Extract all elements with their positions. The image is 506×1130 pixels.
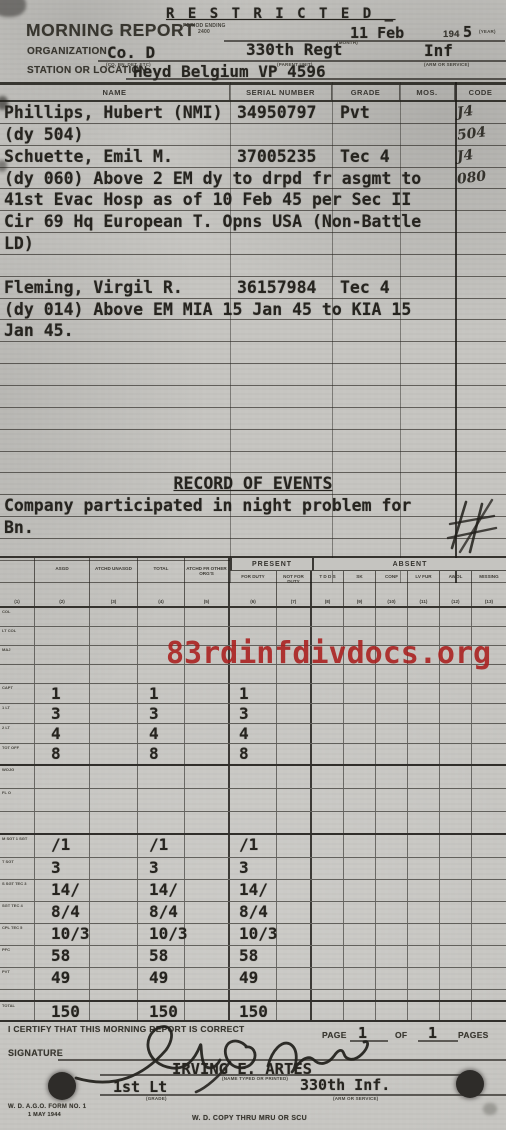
absent-lvfur-cell bbox=[408, 946, 440, 967]
serial-cell: 34950797 bbox=[237, 105, 316, 122]
absent-awol-cell bbox=[440, 766, 472, 788]
absent-sk-cell bbox=[344, 880, 376, 901]
period-time-text: 2400 bbox=[183, 29, 225, 35]
stats-column-number: (4) bbox=[138, 599, 184, 604]
asgd-cell: 14/ bbox=[35, 880, 90, 901]
atchd-unasgd-cell bbox=[90, 665, 138, 683]
total-cell bbox=[138, 990, 185, 1000]
stats-column-number: (3) bbox=[90, 599, 137, 604]
absent-lvfur-cell bbox=[408, 724, 440, 743]
absent-missing-cell bbox=[472, 902, 506, 923]
absent-lvfur-cell bbox=[408, 835, 440, 857]
present-for-duty-cell: 8/4 bbox=[230, 902, 277, 923]
present-not-for-duty-cell bbox=[277, 724, 312, 743]
absent-sk-cell bbox=[344, 902, 376, 923]
absent-missing-cell bbox=[472, 704, 506, 723]
table-row: 41st Evac Hosp as of 10 Feb 45 per Sec I… bbox=[0, 189, 506, 211]
atchd-unasgd-cell bbox=[90, 684, 138, 703]
table-row: RECORD OF EVENTS bbox=[0, 473, 506, 495]
stats-column-number: (1) bbox=[0, 599, 34, 604]
table-row: Phillips, Hubert (NMI) 34950797 Pvt J4 bbox=[0, 102, 506, 124]
present-for-duty-cell bbox=[230, 990, 277, 1000]
atchd-other-cell bbox=[185, 968, 230, 989]
pages-label: PAGES bbox=[458, 1030, 489, 1040]
stats-column-label: MISSING bbox=[472, 574, 506, 579]
absent-sk-cell bbox=[344, 946, 376, 967]
stats-column-header: ASGD (2) bbox=[35, 558, 90, 606]
stats-column-header: (1) bbox=[0, 558, 35, 606]
absent-missing-cell bbox=[472, 1002, 506, 1020]
absent-sk-cell bbox=[344, 990, 376, 1000]
punch-hole-right bbox=[456, 1070, 484, 1098]
atchd-unasgd-cell bbox=[90, 724, 138, 743]
name-table-body: Phillips, Hubert (NMI) 34950797 Pvt J4 (… bbox=[0, 102, 506, 583]
total-cell: 3 bbox=[138, 704, 185, 723]
name-cell: Cir 69 Hq European T. Opns USA (Non-Batt… bbox=[4, 214, 421, 231]
absent-missing-cell bbox=[472, 924, 506, 945]
form-number: W. D. A.G.O. FORM NO. 1 bbox=[8, 1104, 86, 1110]
atchd-other-cell bbox=[185, 608, 230, 626]
name-cell: Fleming, Virgil R. bbox=[4, 280, 183, 297]
table-row: Bn. bbox=[0, 517, 506, 539]
absent-lvfur-cell bbox=[408, 990, 440, 1000]
punch-hole-left bbox=[48, 1072, 76, 1100]
asgd-cell bbox=[35, 766, 90, 788]
atchd-other-cell bbox=[185, 902, 230, 923]
scan-smudge bbox=[483, 1103, 497, 1115]
column-header-code: CODE bbox=[455, 85, 506, 100]
atchd-unasgd-cell bbox=[90, 812, 138, 833]
absent-tdds-cell bbox=[312, 990, 344, 1000]
absent-sk-cell bbox=[344, 684, 376, 703]
asgd-cell bbox=[35, 646, 90, 664]
absent-awol-cell bbox=[440, 724, 472, 743]
table-row: (dy 504) 504 bbox=[0, 124, 506, 146]
handwritten-tally-mark bbox=[446, 496, 502, 554]
stats-column-number: (6) bbox=[230, 599, 276, 604]
table-row: (dy 014) Above EM MIA 15 Jan 45 to KIA 1… bbox=[0, 299, 506, 321]
grade-stub-label: TOTAL bbox=[0, 1002, 35, 1020]
absent-missing-cell bbox=[472, 968, 506, 989]
absent-awol-cell bbox=[440, 924, 472, 945]
present-not-for-duty-cell bbox=[277, 880, 312, 901]
absent-awol-cell bbox=[440, 608, 472, 626]
grade-stub-label: PVT bbox=[0, 968, 35, 989]
absent-sk-cell bbox=[344, 724, 376, 743]
asgd-cell bbox=[35, 627, 90, 645]
stats-row: CPL TEC 5 10/3 10/3 10/3 bbox=[0, 924, 506, 946]
stats-row: FL O bbox=[0, 789, 506, 812]
absent-conf-cell bbox=[376, 789, 408, 811]
total-cell: 4 bbox=[138, 724, 185, 743]
grade-stub-label: MAJ bbox=[0, 646, 35, 664]
atchd-unasgd-cell bbox=[90, 835, 138, 857]
absent-awol-cell bbox=[440, 880, 472, 901]
absent-tdds-cell bbox=[312, 789, 344, 811]
grade-stub-label: M SGT 1 SGT bbox=[0, 835, 35, 857]
absent-lvfur-cell bbox=[408, 789, 440, 811]
absent-missing-cell bbox=[472, 880, 506, 901]
form-title: MORNING REPORT bbox=[26, 20, 195, 41]
stats-row: 1 LT 3 3 3 bbox=[0, 704, 506, 724]
absent-sk-cell bbox=[344, 924, 376, 945]
absent-missing-cell bbox=[472, 990, 506, 1000]
name-cell: RECORD OF EVENTS bbox=[0, 476, 506, 493]
asgd-cell: 10/3 bbox=[35, 924, 90, 945]
present-not-for-duty-cell bbox=[277, 968, 312, 989]
absent-awol-cell bbox=[440, 990, 472, 1000]
stats-column-label: T D D S bbox=[312, 574, 343, 579]
grade-stub-label bbox=[0, 812, 35, 833]
atchd-unasgd-cell bbox=[90, 627, 138, 645]
absent-awol-cell bbox=[440, 684, 472, 703]
stats-column-number: (13) bbox=[472, 599, 506, 604]
name-cell: Company participated in night problem fo… bbox=[4, 498, 411, 515]
total-cell: /1 bbox=[138, 835, 185, 857]
total-cell: 8/4 bbox=[138, 902, 185, 923]
present-for-duty-cell bbox=[230, 812, 277, 833]
absent-lvfur-cell bbox=[408, 684, 440, 703]
total-cell: 3 bbox=[138, 858, 185, 879]
atchd-other-cell bbox=[185, 766, 230, 788]
serial-cell: 36157984 bbox=[237, 280, 316, 297]
stats-column-label: ASGD bbox=[35, 566, 89, 571]
grade-stub-label: CAPT bbox=[0, 684, 35, 703]
atchd-unasgd-cell bbox=[90, 608, 138, 626]
table-row bbox=[0, 452, 506, 474]
asgd-cell: 8/4 bbox=[35, 902, 90, 923]
stats-column-header: TOTAL (4) bbox=[138, 558, 185, 606]
absent-tdds-cell bbox=[312, 946, 344, 967]
grade-stub-label: PFC bbox=[0, 946, 35, 967]
absent-missing-cell bbox=[472, 608, 506, 626]
present-for-duty-cell bbox=[230, 608, 277, 626]
table-row: Jan 45. bbox=[0, 320, 506, 342]
stats-row: T SGT 3 3 3 bbox=[0, 858, 506, 880]
strength-stats-table: (1) ASGD (2) ATCHD UNASGD (3) TOTAL (4) … bbox=[0, 556, 506, 1022]
organization-label: ORGANIZATION bbox=[27, 46, 107, 57]
grade-stub-label: WOJG bbox=[0, 766, 35, 788]
stats-row: WOJG bbox=[0, 766, 506, 789]
scan-smudge bbox=[0, 0, 26, 17]
present-not-for-duty-cell bbox=[277, 946, 312, 967]
absent-lvfur-cell bbox=[408, 968, 440, 989]
present-for-duty-cell: 4 bbox=[230, 724, 277, 743]
grade-cell: Pvt bbox=[340, 105, 370, 122]
archive-watermark: 83rdinfdivdocs.org bbox=[166, 636, 491, 671]
total-cell bbox=[138, 608, 185, 626]
absent-group-header: ABSENT bbox=[312, 558, 506, 571]
absent-awol-cell bbox=[440, 744, 472, 764]
column-divider bbox=[332, 82, 333, 583]
absent-lvfur-cell bbox=[408, 924, 440, 945]
present-group-header: PRESENT bbox=[230, 558, 312, 571]
form-date: 1 MAY 1944 bbox=[28, 1112, 61, 1118]
absent-conf-cell bbox=[376, 724, 408, 743]
atchd-other-cell bbox=[185, 990, 230, 1000]
absent-tdds-cell bbox=[312, 968, 344, 989]
atchd-other-cell bbox=[185, 744, 230, 764]
present-for-duty-cell: /1 bbox=[230, 835, 277, 857]
absent-awol-cell bbox=[440, 812, 472, 833]
stats-column-label: TOTAL bbox=[138, 566, 184, 571]
present-not-for-duty-cell bbox=[277, 812, 312, 833]
stats-row: COL bbox=[0, 608, 506, 627]
present-for-duty-cell: 10/3 bbox=[230, 924, 277, 945]
atchd-unasgd-cell bbox=[90, 946, 138, 967]
atchd-unasgd-cell bbox=[90, 704, 138, 723]
grade-stub-label: FL O bbox=[0, 789, 35, 811]
absent-missing-cell bbox=[472, 744, 506, 764]
absent-missing-cell bbox=[472, 789, 506, 811]
total-cell bbox=[138, 766, 185, 788]
absent-conf-cell bbox=[376, 608, 408, 626]
absent-awol-cell bbox=[440, 858, 472, 879]
absent-conf-cell bbox=[376, 968, 408, 989]
atchd-unasgd-cell bbox=[90, 789, 138, 811]
table-row bbox=[0, 342, 506, 364]
absent-lvfur-cell bbox=[408, 858, 440, 879]
table-row: (dy 060) Above 2 EM dy to drpd fr asgmt … bbox=[0, 168, 506, 190]
absent-sk-cell bbox=[344, 704, 376, 723]
present-not-for-duty-cell bbox=[277, 704, 312, 723]
absent-conf-cell bbox=[376, 835, 408, 857]
stats-row: PVT 49 49 49 bbox=[0, 968, 506, 990]
absent-tdds-cell bbox=[312, 766, 344, 788]
absent-lvfur-cell bbox=[408, 766, 440, 788]
asgd-cell: /1 bbox=[35, 835, 90, 857]
atchd-other-cell bbox=[185, 924, 230, 945]
atchd-unasgd-cell bbox=[90, 880, 138, 901]
stats-column-label: ATCHD UNASGD bbox=[90, 566, 137, 571]
report-date: 11 Feb bbox=[350, 24, 404, 42]
absent-missing-cell bbox=[472, 858, 506, 879]
present-not-for-duty-cell bbox=[277, 608, 312, 626]
code-cell: J4 bbox=[456, 148, 474, 164]
atchd-unasgd-cell bbox=[90, 924, 138, 945]
present-for-duty-cell: 3 bbox=[230, 858, 277, 879]
present-for-duty-cell: 58 bbox=[230, 946, 277, 967]
present-not-for-duty-cell bbox=[277, 990, 312, 1000]
name-typed-label: (NAME TYPED OR PRINTED) bbox=[222, 1076, 288, 1081]
stats-column-label: FOR DUTY bbox=[230, 574, 276, 579]
stats-column-label: LV FUR bbox=[408, 574, 439, 579]
absent-sk-cell bbox=[344, 835, 376, 857]
stats-column-label: CONF bbox=[376, 574, 407, 579]
atchd-other-cell bbox=[185, 880, 230, 901]
of-label: OF bbox=[395, 1030, 407, 1040]
absent-sk-cell bbox=[344, 968, 376, 989]
asgd-cell: 49 bbox=[35, 968, 90, 989]
grade-stub-label: TOT OFF bbox=[0, 744, 35, 764]
present-not-for-duty-cell bbox=[277, 835, 312, 857]
period-ending-label: PERIOD ENDING 2400 bbox=[183, 23, 225, 35]
stats-column-number: (10) bbox=[376, 599, 407, 604]
absent-tdds-cell bbox=[312, 684, 344, 703]
absent-conf-cell bbox=[376, 990, 408, 1000]
signer-unit: 330th Inf. bbox=[300, 1076, 390, 1094]
stats-row: PFC 58 58 58 bbox=[0, 946, 506, 968]
atchd-other-cell bbox=[185, 704, 230, 723]
absent-conf-cell bbox=[376, 812, 408, 833]
stats-column-number: (11) bbox=[408, 599, 439, 604]
grade-stub-label bbox=[0, 665, 35, 683]
morning-report-scan: R E S T R I C T E D _ MORNING REPORT PER… bbox=[0, 0, 506, 1130]
atchd-unasgd-cell bbox=[90, 744, 138, 764]
atchd-other-cell bbox=[185, 812, 230, 833]
absent-tdds-cell bbox=[312, 902, 344, 923]
absent-tdds-cell bbox=[312, 724, 344, 743]
absent-tdds-cell bbox=[312, 608, 344, 626]
stats-row: CAPT 1 1 1 bbox=[0, 684, 506, 704]
absent-missing-cell bbox=[472, 766, 506, 788]
stats-column-label: NOT FOR DUTY bbox=[277, 574, 310, 584]
atchd-other-cell bbox=[185, 835, 230, 857]
stats-column-number: (9) bbox=[344, 599, 375, 604]
absent-missing-cell bbox=[472, 812, 506, 833]
asgd-cell: 3 bbox=[35, 704, 90, 723]
absent-sk-cell bbox=[344, 744, 376, 764]
stats-row: M SGT 1 SGT /1 /1 /1 bbox=[0, 835, 506, 858]
table-row bbox=[0, 408, 506, 430]
present-not-for-duty-cell bbox=[277, 902, 312, 923]
atchd-other-cell bbox=[185, 946, 230, 967]
column-header-name: NAME bbox=[0, 85, 230, 100]
absent-conf-cell bbox=[376, 880, 408, 901]
total-cell bbox=[138, 812, 185, 833]
stats-column-header: ATCHD FR OTHER ORG'S (5) bbox=[185, 558, 230, 606]
absent-sk-cell bbox=[344, 789, 376, 811]
atchd-unasgd-cell bbox=[90, 858, 138, 879]
asgd-cell: 3 bbox=[35, 858, 90, 879]
absent-conf-cell bbox=[376, 744, 408, 764]
grade-stub-label: SGT TEC 4 bbox=[0, 902, 35, 923]
table-row bbox=[0, 386, 506, 408]
atchd-other-cell bbox=[185, 858, 230, 879]
atchd-other-cell bbox=[185, 684, 230, 703]
present-not-for-duty-cell bbox=[277, 744, 312, 764]
present-not-for-duty-cell bbox=[277, 789, 312, 811]
present-not-for-duty-cell bbox=[277, 766, 312, 788]
grade-cell: Tec 4 bbox=[340, 280, 390, 297]
year-digit: 5 bbox=[463, 23, 472, 41]
absent-awol-cell bbox=[440, 968, 472, 989]
absent-conf-cell bbox=[376, 902, 408, 923]
grade-stub-label: 2 LT bbox=[0, 724, 35, 743]
absent-lvfur-cell bbox=[408, 902, 440, 923]
total-cell: 49 bbox=[138, 968, 185, 989]
absent-sk-cell bbox=[344, 812, 376, 833]
absent-awol-cell bbox=[440, 704, 472, 723]
stats-row: S SGT TEC 3 14/ 14/ 14/ bbox=[0, 880, 506, 902]
table-row: Schuette, Emil M. 37005235 Tec 4 J4 bbox=[0, 146, 506, 168]
grade-label: (GRADE) bbox=[146, 1096, 167, 1101]
absent-missing-cell bbox=[472, 946, 506, 967]
absent-lvfur-cell bbox=[408, 1002, 440, 1020]
table-row: LD) bbox=[0, 233, 506, 255]
asgd-cell: 58 bbox=[35, 946, 90, 967]
table-row bbox=[0, 364, 506, 386]
grade-stub-label bbox=[0, 990, 35, 1000]
column-header-serial: SERIAL NUMBER bbox=[230, 85, 332, 100]
asgd-cell: 4 bbox=[35, 724, 90, 743]
absent-lvfur-cell bbox=[408, 704, 440, 723]
absent-missing-cell bbox=[472, 684, 506, 703]
total-cell: 1 bbox=[138, 684, 185, 703]
absent-conf-cell bbox=[376, 924, 408, 945]
stats-column-number: (12) bbox=[440, 599, 471, 604]
stats-column-number: (5) bbox=[185, 599, 228, 604]
grade-cell: Tec 4 bbox=[340, 149, 390, 166]
absent-lvfur-cell bbox=[408, 744, 440, 764]
signature-label: SIGNATURE bbox=[8, 1048, 63, 1058]
absent-tdds-cell bbox=[312, 880, 344, 901]
station-label: STATION OR LOCATION bbox=[27, 65, 147, 76]
arm-service-footer-label: (ARM OR SERVICE) bbox=[333, 1096, 378, 1101]
absent-conf-cell bbox=[376, 704, 408, 723]
arm-value: Inf bbox=[424, 41, 453, 60]
absent-conf-cell bbox=[376, 684, 408, 703]
column-header-grade: GRADE bbox=[332, 85, 400, 100]
serial-cell: 37005235 bbox=[237, 149, 316, 166]
present-for-duty-cell: 8 bbox=[230, 744, 277, 764]
name-cell: Schuette, Emil M. bbox=[4, 149, 173, 166]
name-cell: (dy 504) bbox=[4, 127, 83, 144]
absent-sk-cell bbox=[344, 608, 376, 626]
month-label: (MONTH) bbox=[337, 40, 358, 45]
asgd-cell: 1 bbox=[35, 684, 90, 703]
absent-lvfur-cell bbox=[408, 608, 440, 626]
absent-awol-cell bbox=[440, 902, 472, 923]
atchd-other-cell bbox=[185, 789, 230, 811]
arm-service-label: (ARM OR SERVICE) bbox=[424, 62, 469, 67]
table-row bbox=[0, 430, 506, 452]
asgd-cell bbox=[35, 665, 90, 683]
asgd-cell bbox=[35, 990, 90, 1000]
atchd-unasgd-cell bbox=[90, 902, 138, 923]
absent-tdds-cell bbox=[312, 744, 344, 764]
absent-tdds-cell bbox=[312, 858, 344, 879]
grade-stub-label: S SGT TEC 3 bbox=[0, 880, 35, 901]
table-row bbox=[0, 255, 506, 277]
total-cell: 10/3 bbox=[138, 924, 185, 945]
parent-unit-value: 330th Regt bbox=[246, 40, 342, 59]
absent-conf-cell bbox=[376, 858, 408, 879]
table-row: Company participated in night problem fo… bbox=[0, 495, 506, 517]
grade-stub-label: 1 LT bbox=[0, 704, 35, 723]
stats-row bbox=[0, 990, 506, 1002]
absent-tdds-cell bbox=[312, 835, 344, 857]
absent-missing-cell bbox=[472, 835, 506, 857]
name-cell: Phillips, Hubert (NMI) bbox=[4, 105, 223, 122]
atchd-unasgd-cell bbox=[90, 990, 138, 1000]
absent-awol-cell bbox=[440, 946, 472, 967]
present-for-duty-cell bbox=[230, 789, 277, 811]
stats-row: TOT OFF 8 8 8 bbox=[0, 744, 506, 766]
present-not-for-duty-cell bbox=[277, 858, 312, 879]
absent-tdds-cell bbox=[312, 924, 344, 945]
column-divider bbox=[230, 82, 231, 583]
asgd-cell: 8 bbox=[35, 744, 90, 764]
asgd-cell bbox=[35, 789, 90, 811]
absent-tdds-cell bbox=[312, 812, 344, 833]
present-for-duty-cell: 1 bbox=[230, 684, 277, 703]
year-label: (YEAR) bbox=[479, 29, 496, 34]
table-row: Fleming, Virgil R. 36157984 Tec 4 bbox=[0, 277, 506, 299]
name-cell: (dy 060) Above 2 EM dy to drpd fr asgmt … bbox=[4, 171, 421, 188]
total-cell: 8 bbox=[138, 744, 185, 764]
absent-awol-cell bbox=[440, 789, 472, 811]
